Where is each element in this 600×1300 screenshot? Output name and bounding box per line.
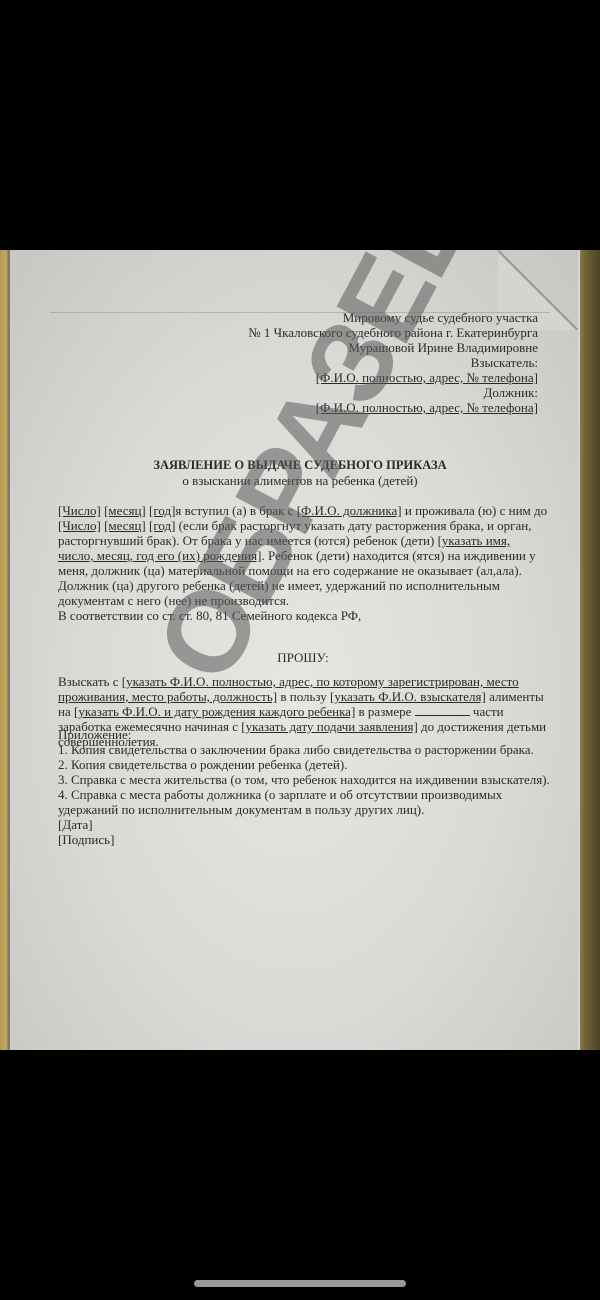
request-text: Взыскать с bbox=[58, 674, 122, 689]
field-month: [месяц] bbox=[104, 503, 146, 518]
date-placeholder: [Дата] bbox=[58, 817, 550, 832]
statement-text: и проживала (ю) с ним до bbox=[402, 503, 548, 518]
attachment-item: 4. Справка с места работы должника (о за… bbox=[58, 787, 550, 817]
field-year: [год] bbox=[149, 503, 175, 518]
law-reference: В соответствии со ст. ст. 80, 81 Семейно… bbox=[58, 608, 548, 623]
paper-sheet: Мировому судье судебного участка № 1 Чка… bbox=[10, 250, 578, 1050]
field-children-name-dob: [указать Ф.И.О. и дату рождения каждого … bbox=[74, 704, 355, 719]
attachment-item: 2. Копия свидетельства о рождении ребенк… bbox=[58, 757, 550, 772]
field-day: [Число] bbox=[58, 518, 101, 533]
plea-heading: ПРОШУ: bbox=[58, 650, 548, 665]
field-year: [год] bbox=[149, 518, 175, 533]
signature-placeholder: [Подпись] bbox=[58, 832, 550, 847]
home-indicator[interactable] bbox=[194, 1280, 406, 1287]
amount-blank bbox=[415, 715, 470, 716]
attachment-item: 3. Справка с места жительства (о том, чт… bbox=[58, 772, 550, 787]
attachments-block: Приложение: 1. Копия свидетельства о зак… bbox=[58, 727, 550, 847]
field-month: [месяц] bbox=[104, 518, 146, 533]
field-claimant-name: [указать Ф.И.О. взыскателя] bbox=[330, 689, 486, 704]
document-photo: Мировому судье судебного участка № 1 Чка… bbox=[0, 250, 600, 1050]
field-day: [Число] bbox=[58, 503, 101, 518]
request-text: в пользу bbox=[277, 689, 330, 704]
attachments-label: Приложение: bbox=[58, 727, 550, 742]
background-frame bbox=[580, 250, 600, 1050]
request-text: в размере bbox=[355, 704, 414, 719]
attachment-item: 1. Копия свидетельства о заключении брак… bbox=[58, 742, 550, 757]
